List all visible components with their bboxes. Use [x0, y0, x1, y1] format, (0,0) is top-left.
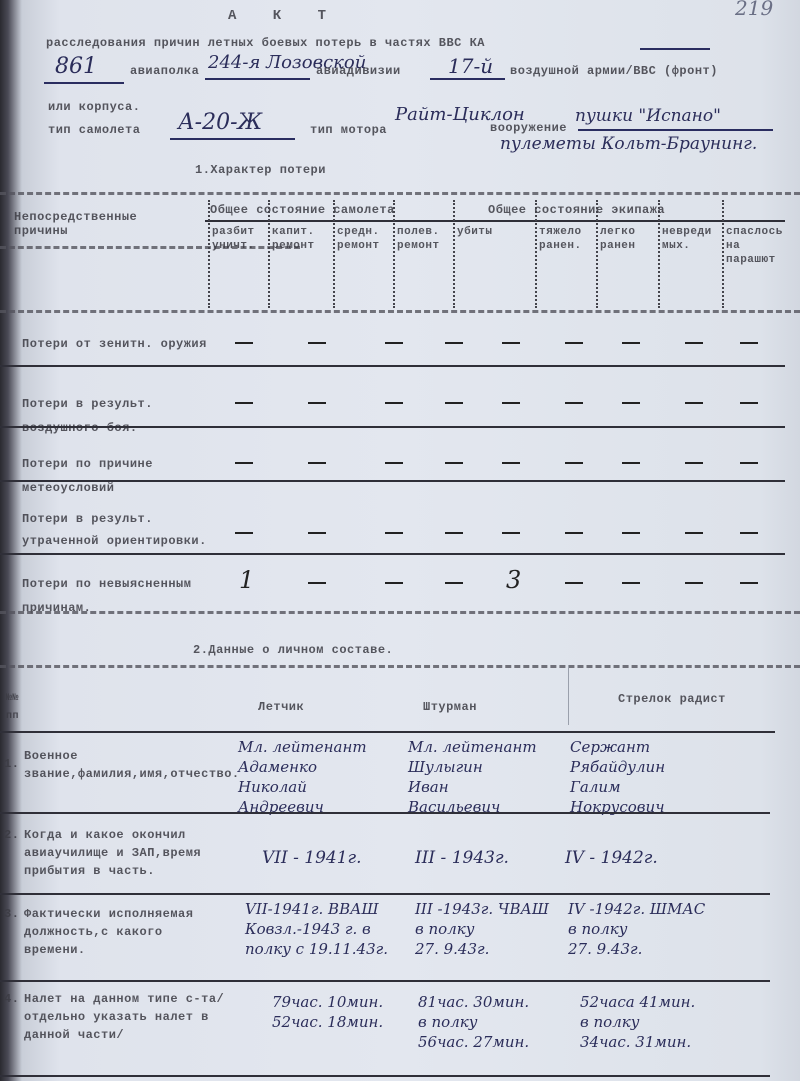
- loss-cell-empty: [502, 342, 520, 344]
- loss-cell-empty: [685, 582, 703, 584]
- personnel-column-header: Летчик: [258, 700, 304, 714]
- loss-cell-empty: [565, 582, 583, 584]
- personnel-row-label: Фактически исполняемая должность,с каког…: [24, 905, 229, 959]
- loss-cell-empty: [308, 462, 326, 464]
- loss-column-header: тяжело ранен.: [539, 225, 597, 253]
- loss-column-header: средн. ремонт: [337, 225, 395, 253]
- army-label: воздушной армии/ВВС (фронт): [510, 64, 718, 78]
- personnel-cell: Мл. лейтенант Шулыгин Иван Васильевич: [408, 737, 537, 817]
- loss-row-label: Потери в результ. утраченной ориентировк…: [22, 508, 207, 552]
- group-aircraft-header: Общее состояние самолета: [210, 203, 395, 217]
- loss-column-header: убиты: [457, 225, 515, 239]
- loss-cell-empty: [308, 582, 326, 584]
- loss-cell-empty: [385, 532, 403, 534]
- loss-column-header: полев. ремонт: [397, 225, 455, 253]
- personnel-row-number: 1.: [4, 757, 19, 771]
- regiment-label: авиаполка: [130, 64, 199, 78]
- loss-cell-empty: [685, 532, 703, 534]
- loss-cell-empty: [622, 532, 640, 534]
- loss-cell-empty: [445, 402, 463, 404]
- loss-cell-empty: [385, 462, 403, 464]
- armament-line1: пушки "Испано": [575, 106, 721, 126]
- personnel-column-header: Стрелок радист: [618, 692, 726, 706]
- loss-cell-empty: [740, 582, 758, 584]
- loss-row-label: Потери в результ. воздушного боя.: [22, 392, 207, 440]
- loss-cell-empty: [622, 582, 640, 584]
- army-number: 17-й: [448, 54, 493, 78]
- personnel-cell: IV -1942г. ШМАС в полку 27. 9.43г.: [568, 899, 705, 959]
- loss-column-header: невреди мых.: [662, 225, 720, 253]
- engine-type-label: тип мотора: [310, 123, 387, 137]
- loss-cell-empty: [445, 582, 463, 584]
- personnel-cell: III - 1943г.: [415, 848, 509, 868]
- corps-label: или корпуса.: [48, 100, 140, 114]
- loss-cell-empty: [445, 342, 463, 344]
- loss-cell-empty: [235, 532, 253, 534]
- aircraft-type: А-20-Ж: [178, 110, 262, 135]
- loss-cell-empty: [385, 342, 403, 344]
- loss-cell-empty: [235, 462, 253, 464]
- personnel-cell: VII-1941г. ВВАШ Ковзл.-1943 г. в полку с…: [245, 899, 388, 959]
- division-label: авиадивизии: [316, 64, 401, 78]
- personnel-cell: VII - 1941г.: [262, 848, 362, 868]
- loss-cell-empty: [565, 532, 583, 534]
- loss-cell-empty: [622, 462, 640, 464]
- loss-column-header: капит. ремонт: [272, 225, 330, 253]
- loss-cell-empty: [565, 402, 583, 404]
- loss-cell-empty: [740, 532, 758, 534]
- num-header: №№ пп: [6, 690, 26, 726]
- personnel-row-number: 3.: [4, 907, 19, 921]
- loss-row-label: Потери по причине метеоусловий: [22, 452, 207, 500]
- loss-cell-empty: [685, 462, 703, 464]
- group-crew-header: Общее состояние экипажа: [488, 203, 665, 217]
- personnel-cell: 79час. 10мин. 52час. 18мин.: [272, 992, 383, 1032]
- loss-cell-empty: [502, 532, 520, 534]
- personnel-cell: III -1943г. ЧВАШ в полку 27. 9.43г.: [415, 899, 549, 959]
- loss-cell-empty: [740, 402, 758, 404]
- loss-row-header: Непосредственные причины: [14, 210, 194, 238]
- loss-cell-empty: [740, 462, 758, 464]
- loss-cell-empty: [622, 342, 640, 344]
- loss-cell-value: 1: [239, 566, 254, 594]
- aircraft-type-label: тип самолета: [48, 123, 140, 137]
- loss-cell-empty: [740, 342, 758, 344]
- loss-row-label: Потери от зенитн. оружия: [22, 332, 207, 356]
- loss-cell-empty: [235, 402, 253, 404]
- personnel-column-header: Штурман: [423, 700, 477, 714]
- personnel-row-label: Когда и какое окончил авиаучилище и ЗАП,…: [24, 826, 229, 880]
- loss-column-header: спаслось на парашют: [726, 225, 796, 267]
- loss-column-header: разбит уничт.: [212, 225, 270, 253]
- loss-cell-empty: [308, 532, 326, 534]
- loss-column-header: легко ранен: [600, 225, 658, 253]
- personnel-cell: 52часа 41мин. в полку 34час. 31мин.: [580, 992, 695, 1052]
- armament-line2: пулеметы Кольт-Браунинг.: [500, 134, 757, 154]
- personnel-cell: 81час. 30мин. в полку 56час. 27мин.: [418, 992, 529, 1052]
- loss-cell-empty: [445, 462, 463, 464]
- loss-cell-empty: [308, 342, 326, 344]
- loss-cell-empty: [685, 402, 703, 404]
- loss-cell-empty: [445, 532, 463, 534]
- loss-cell-empty: [565, 462, 583, 464]
- loss-cell-empty: [685, 342, 703, 344]
- personnel-cell: IV - 1942г.: [565, 848, 658, 868]
- loss-cell-empty: [622, 402, 640, 404]
- loss-cell-value: 3: [506, 566, 521, 594]
- loss-cell-empty: [565, 342, 583, 344]
- personnel-cell: Мл. лейтенант Адаменко Николай Андреевич: [238, 737, 367, 817]
- personnel-row-label: Военное звание,фамилия,имя,отчество.: [24, 747, 229, 783]
- personnel-row-label: Налет на данном типе с-та/отдельно указа…: [24, 990, 229, 1044]
- personnel-cell: Сержант Рябайдулин Галим Нокрусович: [570, 737, 665, 817]
- loss-cell-empty: [502, 402, 520, 404]
- personnel-row-number: 2.: [4, 828, 19, 842]
- personnel-row-number: 4.: [4, 992, 19, 1006]
- loss-cell-empty: [235, 342, 253, 344]
- regiment-number: 861: [55, 54, 97, 79]
- document-title: А К Т: [228, 8, 340, 24]
- loss-cell-empty: [385, 582, 403, 584]
- document-subtitle: расследования причин летных боевых потер…: [46, 36, 485, 50]
- armament-label: вооружение: [490, 121, 567, 135]
- loss-cell-empty: [502, 462, 520, 464]
- section1-title: 1.Характер потери: [195, 163, 326, 177]
- page-number: 219: [735, 0, 773, 20]
- loss-cell-empty: [308, 402, 326, 404]
- loss-cell-empty: [385, 402, 403, 404]
- section2-title: 2.Данные о личном составе.: [193, 643, 393, 657]
